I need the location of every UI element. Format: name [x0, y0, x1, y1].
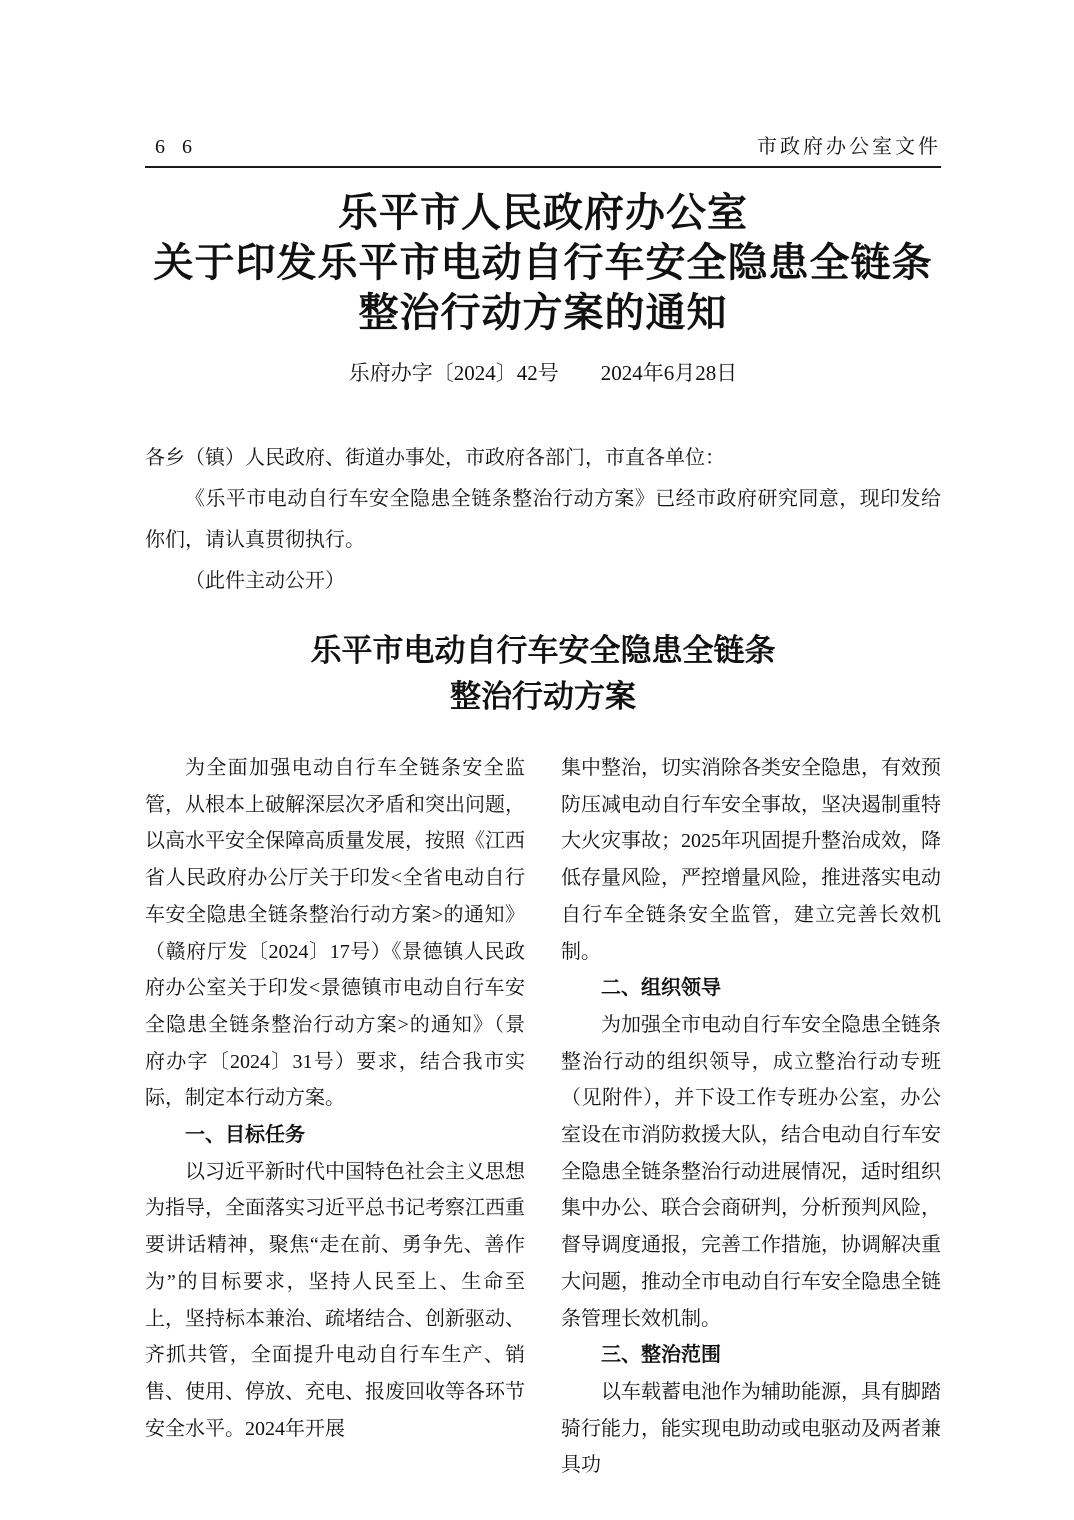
plan-left-column: 为全面加强电动自行车全链条安全监管，从根本上破解深层次矛盾和突出问题，以高水平安… [145, 750, 525, 1484]
plan-section-heading: 一、目标任务 [145, 1117, 525, 1154]
running-header: 6 6 市政府办公室文件 [145, 130, 941, 168]
plan-paragraph: 以习近平新时代中国特色社会主义思想为指导，全面落实习近平总书记考察江西重要讲话精… [145, 1154, 525, 1448]
plan-paragraph: 为加强全市电动自行车安全隐患全链条整治行动的组织领导，成立整治行动专班（见附件）… [561, 1007, 941, 1337]
page-number: 6 6 [145, 136, 198, 159]
plan-title-line-1: 乐平市电动自行车安全隐患全链条 [145, 628, 941, 674]
notice-title-line-2: 关于印发乐平市电动自行车安全隐患全链条 [145, 238, 941, 288]
notice-disclosure: （此件主动公开） [145, 561, 941, 602]
header-doc-type-label: 市政府办公室文件 [757, 130, 941, 159]
doc-number: 乐府办字〔2024〕42号 [349, 361, 559, 385]
plan-body: 为全面加强电动自行车全链条安全监管，从根本上破解深层次矛盾和突出问题，以高水平安… [145, 750, 941, 1484]
plan-section-heading: 二、组织领导 [561, 970, 941, 1007]
notice-title-line-3: 整治行动方案的通知 [145, 288, 941, 338]
plan-title: 乐平市电动自行车安全隐患全链条 整治行动方案 [145, 628, 941, 720]
plan-title-line-2: 整治行动方案 [145, 674, 941, 720]
plan-right-column: 集中整治，切实消除各类安全隐患，有效预防压减电动自行车安全事故，坚决遏制重特大火… [561, 750, 941, 1484]
notice-body: 各乡（镇）人民政府、街道办事处，市政府各部门，市直各单位： 《乐平市电动自行车安… [145, 438, 941, 602]
notice-title-line-1: 乐平市人民政府办公室 [145, 188, 941, 238]
notice-title: 乐平市人民政府办公室 关于印发乐平市电动自行车安全隐患全链条 整治行动方案的通知 [145, 188, 941, 338]
document-page: 6 6 市政府办公室文件 乐平市人民政府办公室 关于印发乐平市电动自行车安全隐患… [0, 0, 1074, 1520]
page-content: 6 6 市政府办公室文件 乐平市人民政府办公室 关于印发乐平市电动自行车安全隐患… [145, 130, 941, 1484]
plan-section-heading: 三、整治范围 [561, 1337, 941, 1374]
plan-paragraph: 为全面加强电动自行车全链条安全监管，从根本上破解深层次矛盾和突出问题，以高水平安… [145, 750, 525, 1117]
plan-paragraph: 以车载蓄电池作为辅助能源，具有脚踏骑行能力，能实现电助动或电驱动及两者兼具功 [561, 1374, 941, 1484]
plan-paragraph: 集中整治，切实消除各类安全隐患，有效预防压减电动自行车安全事故，坚决遏制重特大火… [561, 750, 941, 970]
notice-body-text: 《乐平市电动自行车安全隐患全链条整治行动方案》已经市政府研究同意，现印发给你们，… [145, 479, 941, 561]
doc-number-line: 乐府办字〔2024〕42号2024年6月28日 [145, 357, 941, 387]
notice-recipients: 各乡（镇）人民政府、街道办事处，市政府各部门，市直各单位： [145, 438, 941, 479]
doc-date: 2024年6月28日 [601, 361, 738, 385]
